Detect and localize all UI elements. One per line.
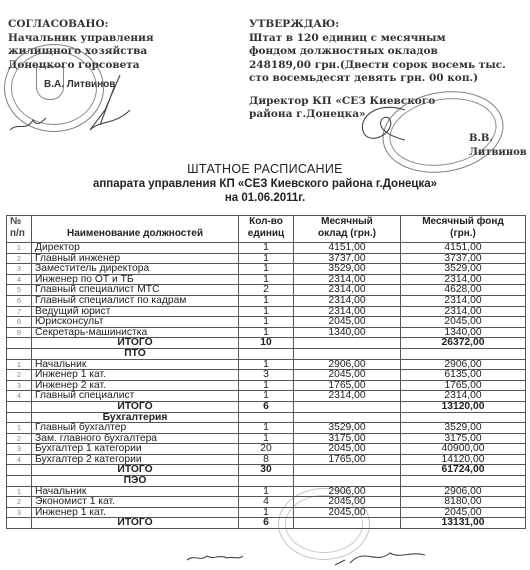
row-number: 9 (7, 327, 32, 338)
row-number: 8 (7, 317, 32, 328)
row-number (7, 412, 32, 423)
position-name: Экономист 1 кат. (32, 497, 239, 508)
unit-count: 1 (239, 391, 294, 402)
unit-count: 1 (239, 243, 294, 254)
monthly-salary: 4151,00 (294, 243, 401, 254)
table-total-row: ИТОГО1026372,00 (7, 338, 526, 349)
row-number: 2 (7, 370, 32, 381)
monthly-fund: 2045,00 (401, 317, 526, 328)
table-row: 7Ведущий юрист12314,002314,00 (7, 306, 526, 317)
position-name: Главный инженер (32, 253, 239, 264)
row-number: 4 (7, 274, 32, 285)
monthly-salary: 1765,00 (294, 380, 401, 391)
row-number: 2 (7, 433, 32, 444)
row-number: 4 (7, 454, 32, 465)
total-monthly-fund: 61724,00 (401, 465, 526, 476)
section-empty (239, 412, 294, 423)
position-name: Главный бухгалтер (32, 423, 239, 434)
row-number (7, 518, 32, 529)
unit-count: 2 (239, 285, 294, 296)
table-row: 3Инженер 1 кат.12045,002045,00 (7, 507, 526, 518)
monthly-salary: 2045,00 (294, 317, 401, 328)
row-number: 4 (7, 391, 32, 402)
unit-count: 1 (239, 486, 294, 497)
unit-count: 1 (239, 433, 294, 444)
monthly-fund: 3737,00 (401, 253, 526, 264)
position-name: Главный специалист по кадрам (32, 295, 239, 306)
row-number (7, 465, 32, 476)
table-row: 2Зам. главного бухгалтера13175,003175,00 (7, 433, 526, 444)
column-header-position: Наименование должностей (32, 216, 239, 243)
unit-count: 1 (239, 359, 294, 370)
row-number: 7 (7, 306, 32, 317)
position-name: Бухгалтер 2 категории (32, 454, 239, 465)
table-total-row: ИТОГО613120,00 (7, 401, 526, 412)
position-name: Секретарь-машинистка (32, 327, 239, 338)
table-row: 3Бухгалтер 1 категории202045,0040900,00 (7, 444, 526, 455)
section-empty (294, 348, 401, 359)
table-row: 2Инженер 1 кат.32045,006135,00 (7, 370, 526, 381)
table-section-row: ПТО (7, 348, 526, 359)
position-name: Директор (32, 243, 239, 254)
signature-icon (8, 112, 48, 137)
table-row: 1Главный бухгалтер13529,003529,00 (7, 423, 526, 434)
section-empty (294, 412, 401, 423)
monthly-fund: 2314,00 (401, 274, 526, 285)
unit-count: 1 (239, 274, 294, 285)
title-line: ШТАТНОЕ РАСПИСАНИЕ (0, 162, 530, 177)
approval-line: 248189,00 грн.(Двести сорок восемь тыс. (249, 59, 529, 73)
position-name: Инженер 2 кат. (32, 380, 239, 391)
subtitle-line: аппарата управления КП «СЕЗ Киевского ра… (0, 177, 530, 191)
monthly-salary: 2045,00 (294, 444, 401, 455)
table-row: 5Главный специалист МТС22314,004628,00 (7, 285, 526, 296)
section-title: ПТО (32, 348, 239, 359)
monthly-fund: 1765,00 (401, 380, 526, 391)
row-number: 1 (7, 423, 32, 434)
total-label: ИТОГО (32, 401, 239, 412)
position-name: Юрисконсульт (32, 317, 239, 328)
position-name: Ведущий юрист (32, 306, 239, 317)
row-number: 6 (7, 295, 32, 306)
table-section-row: Бухгалтерия (7, 412, 526, 423)
monthly-fund: 6135,00 (401, 370, 526, 381)
row-number: 3 (7, 444, 32, 455)
monthly-salary: 1340,00 (294, 327, 401, 338)
staff-schedule-table: № п/п Наименование должностей Кол-во еди… (6, 215, 526, 529)
unit-count: 1 (239, 264, 294, 275)
unit-count: 1 (239, 253, 294, 264)
total-label: ИТОГО (32, 465, 239, 476)
monthly-salary: 2314,00 (294, 391, 401, 402)
table-row: 3Заместитель директора13529,003529,00 (7, 264, 526, 275)
table-row: 6Главный специалист по кадрам12314,00231… (7, 295, 526, 306)
section-title: Бухгалтерия (32, 412, 239, 423)
table-row: 2Главный инженер13737,003737,00 (7, 253, 526, 264)
section-empty (401, 412, 526, 423)
monthly-salary: 1765,00 (294, 454, 401, 465)
approval-line: сто восемьдесят девять грн. 00 коп.) (249, 72, 529, 86)
total-monthly-fund: 26372,00 (401, 338, 526, 349)
approval-line: фондом должностных окладов (249, 45, 529, 59)
monthly-salary: 3529,00 (294, 264, 401, 275)
table-header-row: № п/п Наименование должностей Кол-во еди… (7, 216, 526, 243)
unit-count: 3 (239, 370, 294, 381)
signature-icon (60, 70, 150, 140)
row-number: 5 (7, 285, 32, 296)
row-number (7, 401, 32, 412)
section-empty (239, 348, 294, 359)
monthly-salary: 2045,00 (294, 370, 401, 381)
signature-icon (185, 548, 245, 568)
unit-count: 1 (239, 306, 294, 317)
total-empty (294, 401, 401, 412)
position-name: Главный специалист (32, 391, 239, 402)
section-empty (294, 476, 401, 487)
section-empty (239, 476, 294, 487)
column-header-quantity: Кол-во единиц (239, 216, 294, 243)
monthly-salary: 2906,00 (294, 359, 401, 370)
monthly-fund: 2906,00 (401, 486, 526, 497)
total-empty (294, 465, 401, 476)
unit-count: 20 (239, 444, 294, 455)
row-number (7, 338, 32, 349)
monthly-fund: 4628,00 (401, 285, 526, 296)
section-title: ПЭО (32, 476, 239, 487)
signature-icon (345, 100, 415, 150)
table-row: 1Начальник12906,002906,00 (7, 359, 526, 370)
scanned-document-page: СОГЛАСОВАНО: Начальник управления жилищн… (0, 0, 530, 570)
section-empty (401, 476, 526, 487)
monthly-fund: 4151,00 (401, 243, 526, 254)
monthly-salary: 2314,00 (294, 285, 401, 296)
monthly-fund: 2045,00 (401, 507, 526, 518)
table-row: 8Юрисконсульт12045,002045,00 (7, 317, 526, 328)
total-unit-count: 30 (239, 465, 294, 476)
table-row: 1Директор14151,004151,00 (7, 243, 526, 254)
position-name: Главный специалист МТС (32, 285, 239, 296)
row-number: 2 (7, 253, 32, 264)
monthly-fund: 3529,00 (401, 264, 526, 275)
column-header-number: № п/п (7, 216, 32, 243)
position-name: Бухгалтер 1 категории (32, 444, 239, 455)
row-number: 3 (7, 507, 32, 518)
monthly-salary: 2314,00 (294, 306, 401, 317)
table-body: 1Директор14151,004151,002Главный инженер… (7, 243, 526, 529)
monthly-salary: 3175,00 (294, 433, 401, 444)
unit-count: 1 (239, 327, 294, 338)
section-empty (401, 348, 526, 359)
unit-count: 1 (239, 423, 294, 434)
table-row: 9Секретарь-машинистка11340,001340,00 (7, 327, 526, 338)
position-name: Начальник (32, 486, 239, 497)
monthly-fund: 2314,00 (401, 295, 526, 306)
table-row: 1Начальник12906,002906,00 (7, 486, 526, 497)
table-total-row: ИТОГО3061724,00 (7, 465, 526, 476)
monthly-fund: 3529,00 (401, 423, 526, 434)
unit-count: 1 (239, 295, 294, 306)
total-unit-count: 10 (239, 338, 294, 349)
position-name: Инженер по ОТ и ТБ (32, 274, 239, 285)
monthly-salary: 3529,00 (294, 423, 401, 434)
row-number (7, 476, 32, 487)
unit-count: 1 (239, 317, 294, 328)
approval-line: Штат в 120 единиц с месячным (249, 32, 529, 46)
approval-heading: УТВЕРЖДАЮ: (249, 18, 529, 32)
position-name: Зам. главного бухгалтера (32, 433, 239, 444)
table-section-row: ПЭО (7, 476, 526, 487)
monthly-fund: 3175,00 (401, 433, 526, 444)
monthly-fund: 2314,00 (401, 306, 526, 317)
row-number: 3 (7, 264, 32, 275)
total-empty (294, 338, 401, 349)
row-number: 3 (7, 380, 32, 391)
monthly-fund: 40900,00 (401, 444, 526, 455)
table-total-row: ИТОГО613131,00 (7, 518, 526, 529)
document-title: ШТАТНОЕ РАСПИСАНИЕ аппарата управления К… (0, 162, 530, 205)
row-number: 2 (7, 497, 32, 508)
unit-count: 1 (239, 380, 294, 391)
position-name: Инженер 1 кат. (32, 507, 239, 518)
date-line: на 01.06.2011г. (0, 191, 530, 205)
position-name: Инженер 1 кат. (32, 370, 239, 381)
monthly-fund: 8180,00 (401, 497, 526, 508)
total-label: ИТОГО (32, 518, 239, 529)
row-number: 1 (7, 359, 32, 370)
table-row: 2Экономист 1 кат.42045,008180,00 (7, 497, 526, 508)
position-name: Заместитель директора (32, 264, 239, 275)
approval-heading: СОГЛАСОВАНО: (8, 18, 248, 32)
position-name: Начальник (32, 359, 239, 370)
monthly-fund: 2906,00 (401, 359, 526, 370)
row-number: 1 (7, 243, 32, 254)
row-number: 1 (7, 486, 32, 497)
monthly-salary: 3737,00 (294, 253, 401, 264)
total-monthly-fund: 13131,00 (401, 518, 526, 529)
row-number (7, 348, 32, 359)
table-row: 4Инженер по ОТ и ТБ12314,002314,00 (7, 274, 526, 285)
column-header-salary: Месячный оклад (грн.) (294, 216, 401, 243)
signature-icon (330, 545, 430, 570)
total-monthly-fund: 13120,00 (401, 401, 526, 412)
total-label: ИТОГО (32, 338, 239, 349)
monthly-fund: 1340,00 (401, 327, 526, 338)
unit-count: 8 (239, 454, 294, 465)
table-row: 4Главный специалист12314,002314,00 (7, 391, 526, 402)
table-row: 4Бухгалтер 2 категории81765,0014120,00 (7, 454, 526, 465)
monthly-fund: 14120,00 (401, 454, 526, 465)
monthly-salary: 2314,00 (294, 274, 401, 285)
monthly-fund: 2314,00 (401, 391, 526, 402)
total-unit-count: 6 (239, 401, 294, 412)
table-row: 3Инженер 2 кат.11765,001765,00 (7, 380, 526, 391)
column-header-fund: Месячный фонд (грн.) (401, 216, 526, 243)
approval-line: Начальник управления (8, 32, 248, 46)
monthly-salary: 2314,00 (294, 295, 401, 306)
